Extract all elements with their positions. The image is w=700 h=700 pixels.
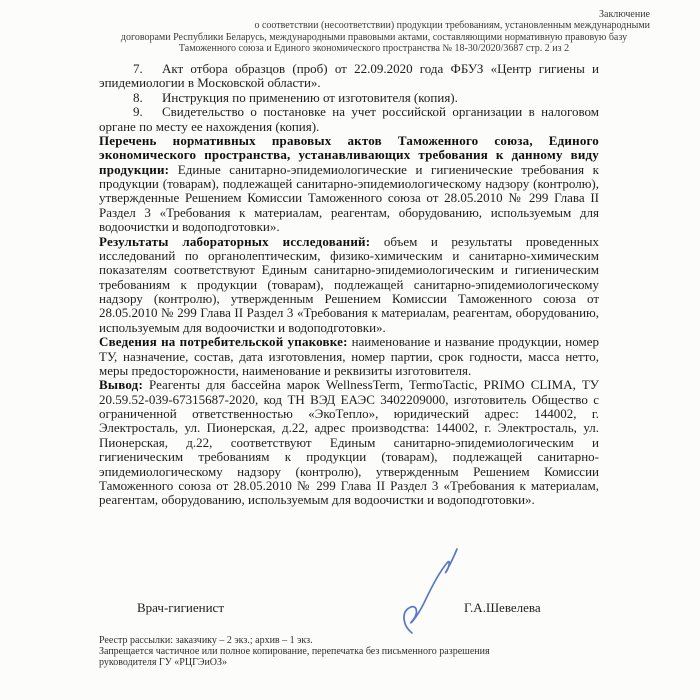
list-item-number: 8.: [133, 91, 162, 105]
paragraph-lead: Сведения на потребительской упаковке:: [99, 334, 348, 349]
document-type-title: Заключение: [95, 9, 653, 20]
paragraph-normative-acts: Перечень нормативных правовых актов Тамо…: [99, 134, 599, 235]
list-item-text: Свидетельство о постановке на учет росси…: [99, 104, 599, 133]
paragraph-conclusion: Вывод: Реагенты для бассейна марок Welln…: [99, 378, 599, 507]
paragraph-text: объем и результаты проведенных исследова…: [99, 234, 599, 335]
list-item-text: Инструкция по применению от изготовителя…: [162, 90, 458, 105]
paragraph-lead: Результаты лабораторных исследований:: [99, 234, 370, 249]
paragraph-text: Реагенты для бассейна марок WellnessTerm…: [99, 377, 599, 507]
footer-copy-restriction-line-2: руководителя ГУ «РЦГЭиОЗ»: [99, 658, 490, 669]
paragraph-lab-results: Результаты лабораторных исследований: об…: [99, 235, 599, 336]
document-footer: Реестр рассылки: заказчику – 2 экз.; арх…: [99, 636, 490, 669]
list-item-number: 7.: [133, 62, 162, 76]
signature-role-label: Врач-гигиенист: [137, 600, 224, 616]
document-page: Заключение о соответствии (несоответстви…: [0, 0, 700, 700]
signature-ink: [386, 541, 470, 641]
paragraph-lead: Вывод:: [99, 377, 143, 392]
header-subtitle-line-2: договорами Республики Беларусь, междунар…: [95, 32, 653, 43]
document-body: 7.Акт отбора образцов (проб) от 22.09.20…: [99, 62, 599, 508]
signature-name: Г.А.Шевелева: [464, 600, 541, 616]
list-item-text: Акт отбора образцов (проб) от 22.09.2020…: [99, 61, 599, 90]
header-subtitle-line-1: о соответствии (несоответствии) продукци…: [95, 20, 653, 31]
header-doc-number-line: Таможенного союза и Единого экономическо…: [95, 43, 653, 54]
paragraph-packaging-info: Сведения на потребительской упаковке: на…: [99, 335, 599, 378]
list-item-8: 8.Инструкция по применению от изготовите…: [99, 91, 599, 105]
paragraph-text: Единые санитарно-эпидемиологические и ги…: [99, 162, 599, 235]
document-header: Заключение о соответствии (несоответстви…: [95, 9, 653, 55]
list-item-9: 9.Свидетельство о постановке на учет рос…: [99, 105, 599, 134]
list-item-number: 9.: [133, 105, 162, 119]
list-item-7: 7.Акт отбора образцов (проб) от 22.09.20…: [99, 62, 599, 91]
